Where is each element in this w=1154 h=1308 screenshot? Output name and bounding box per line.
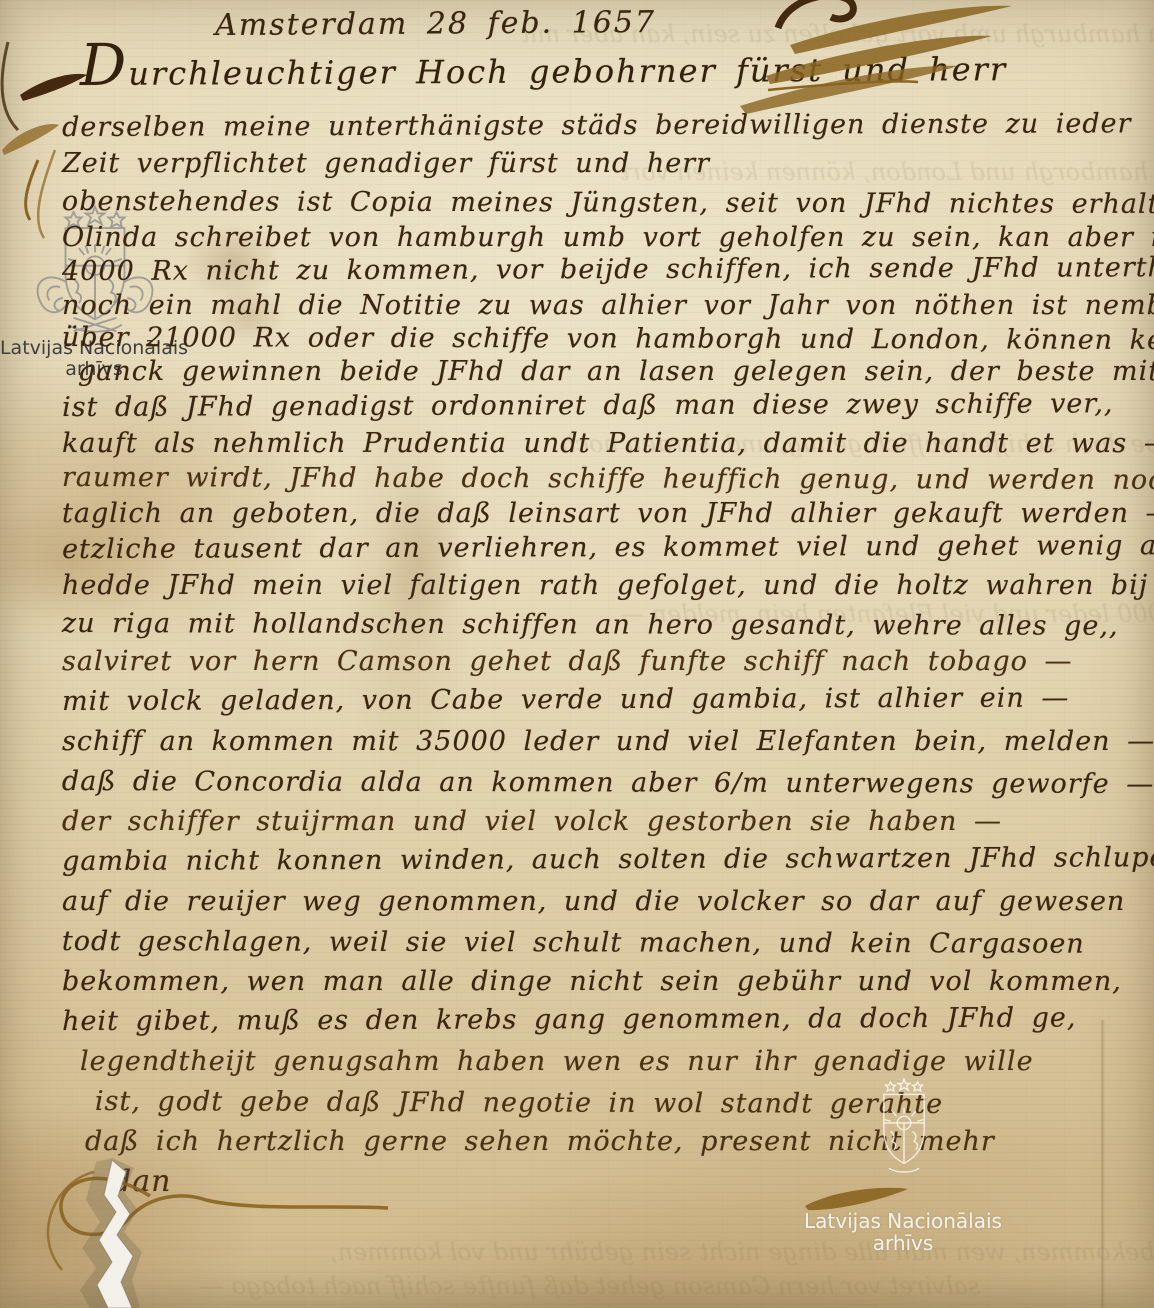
manuscript-page: Olinda schreibet von hamburgh umb vort g…	[0, 0, 1154, 1308]
paper-tear	[0, 0, 1154, 1308]
